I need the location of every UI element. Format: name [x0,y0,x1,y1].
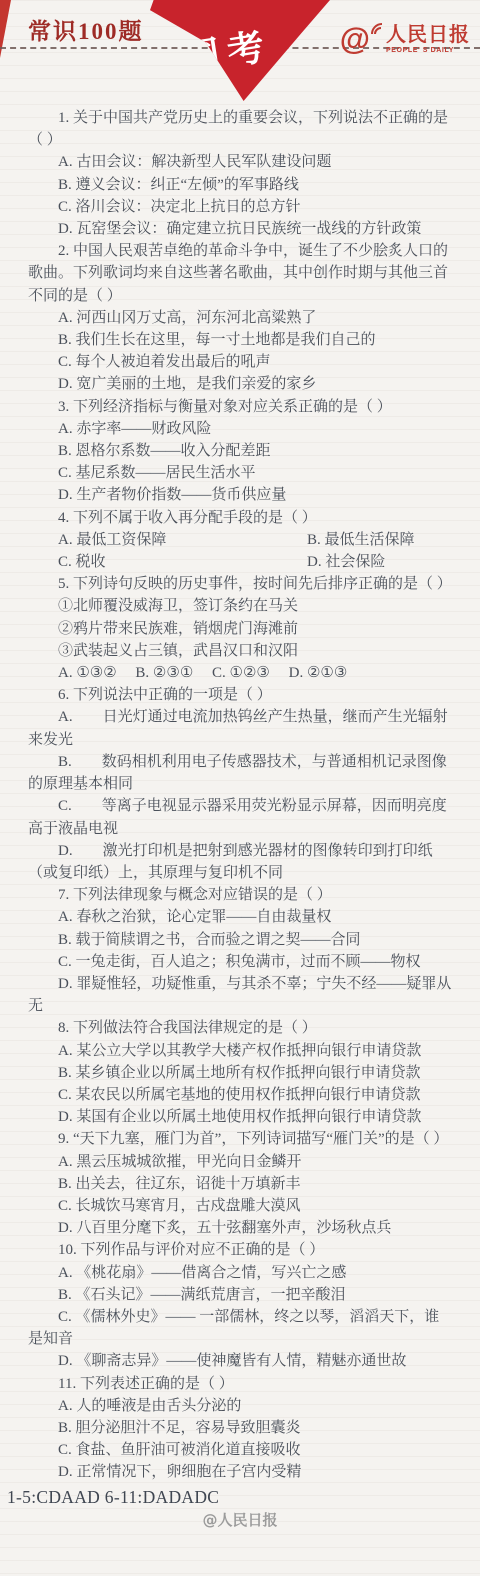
question-block: 5. 下列诗句反映的历史事件，按时间先后排序正确的是（ ）①北师覆没威海卫，签订… [28,573,452,684]
option-left: A. 最低工资保障 [58,529,307,551]
option-right: D. 社会保险 [307,551,452,573]
option-line: A. 春秋之治狱，论心定罪——自由裁量权 [28,906,452,928]
option-line: D. 宽广美丽的土地，是我们亲爱的家乡 [28,373,452,395]
question-stem: 6. 下列说法中正确的一项是（ ） [28,684,452,706]
quiz-sheet-page: 常识100题 国考 @ 人民日报 PEOPLE' S DAILY 1. 关于中国… [0,0,480,1576]
option-line: A. 河西山冈万丈高，河东河北高粱熟了 [28,307,452,329]
option-line: A. 某公立大学以其教学大楼产权作抵押向银行申请贷款 [28,1040,452,1062]
option-line: D. 八百里分麾下炙，五十弦翻塞外声，沙场秋点兵 [28,1217,452,1239]
option-left: C. 税收 [58,551,307,573]
option-line: C. 洛川会议：决定北上抗日的总方针 [28,196,452,218]
question-list: 1. 关于中国共产党历史上的重要会议，下列说法不正确的是（ ）A. 古田会议：解… [0,102,480,1484]
option-line: C. 等离子电视显示器采用荧光粉显示屏幕，因而明亮度高于液晶电视 [28,795,452,839]
clue-line: ①北师覆没威海卫，签订条约在马关 [28,595,452,617]
corner-ribbon-decoration [0,0,11,58]
question-stem: 5. 下列诗句反映的历史事件，按时间先后排序正确的是（ ） [28,573,452,595]
option-line: A. 黑云压城城欲摧，甲光向日金鳞开 [28,1151,452,1173]
option-line: C. 某农民以所属宅基地的使用权作抵押向银行申请贷款 [28,1084,452,1106]
question-stem: 9. “天下九塞，雁门为首”，下列诗词描写“雁门关”的是（ ） [28,1128,452,1150]
question-block: 6. 下列说法中正确的一项是（ ）A. 日光灯通过电流加热钨丝产生热量，继而产生… [28,684,452,884]
option-line: A. 人的唾液是由舌头分泌的 [28,1395,452,1417]
footer: 1-5:CDAAD 6-11:DADADC @人民日报 [0,1487,480,1530]
question-block: 10. 下列作品与评价对应不正确的是（ ）A. 《桃花扇》——借离合之情，写兴亡… [28,1239,452,1372]
question-block: 3. 下列经济指标与衡量对象对应关系正确的是（ ）A. 赤字率——财政风险B. … [28,396,452,507]
option-line: B. 出关去，往辽东，诏徙十万填新丰 [28,1173,452,1195]
banner-label: 国考 [178,15,275,82]
question-block: 9. “天下九塞，雁门为首”，下列诗词描写“雁门关”的是（ ）A. 黑云压城城欲… [28,1128,452,1239]
header: 常识100题 国考 @ 人民日报 PEOPLE' S DAILY [0,0,480,102]
option-line: C. 基尼系数——居民生活水平 [28,462,452,484]
question-stem: 1. 关于中国共产党历史上的重要会议，下列说法不正确的是（ ） [28,107,452,151]
question-stem: 11. 下列表述正确的是（ ） [28,1373,452,1395]
page-title: 常识100题 [28,13,144,46]
question-block: 4. 下列不属于收入再分配手段的是（ ）A. 最低工资保障B. 最低生活保障C.… [28,507,452,574]
option-pair: A. 最低工资保障B. 最低生活保障 [28,529,452,551]
option-line: B. 某乡镇企业以所属土地所有权作抵押向银行申请贷款 [28,1062,452,1084]
option-line: D. 《聊斋志异》——使神魔皆有人情，精魅亦通世故 [28,1350,452,1372]
option-line: C. 长城饮马寒宵月，古戍盘雕大漠风 [28,1195,452,1217]
question-stem: 10. 下列作品与评价对应不正确的是（ ） [28,1239,452,1261]
question-block: 1. 关于中国共产党历史上的重要会议，下列说法不正确的是（ ）A. 古田会议：解… [28,107,452,240]
option-line: C. 食盐、鱼肝油可被消化道直接吸收 [28,1439,452,1461]
question-block: 11. 下列表述正确的是（ ）A. 人的唾液是由舌头分泌的B. 胆分泌胆汁不足，… [28,1373,452,1484]
option-line: B. 载于简牍谓之书，合而验之谓之契——合同 [28,929,452,951]
question-block: 8. 下列做法符合我国法律规定的是（ ）A. 某公立大学以其教学大楼产权作抵押向… [28,1017,452,1128]
at-icon: @ [340,24,370,54]
option-line: B. 胆分泌胆汁不足，容易导致胆囊炎 [28,1417,452,1439]
signal-waves-icon [371,22,384,40]
option-line: D. 某国有企业以所属土地使用权作抵押向银行申请贷款 [28,1106,452,1128]
question-block: 2. 中国人民艰苦卓绝的革命斗争中，诞生了不少脍炙人口的歌曲。下列歌词均来自这些… [28,240,452,395]
option-line: B. 我们生长在这里，每一寸土地都是我们自己的 [28,329,452,351]
option-right: B. 最低生活保障 [307,529,452,551]
question-stem: 4. 下列不属于收入再分配手段的是（ ） [28,507,452,529]
clue-line: ②鸦片带来民族难，销烟虎门海滩前 [28,618,452,640]
option-line: B. 数码相机利用电子传感器技术，与普通相机记录图像的原理基本相同 [28,751,452,795]
option-line: D. 生产者物价指数——货币供应量 [28,484,452,506]
question-block: 7. 下列法律现象与概念对应错误的是（ ）A. 春秋之治狱，论心定罪——自由裁量… [28,884,452,1017]
option-line: D. 激光打印机是把射到感光器材的图像转印到打印纸（或复印纸）上，其原理与复印机… [28,840,452,884]
question-stem: 7. 下列法律现象与概念对应错误的是（ ） [28,884,452,906]
option-line: A. 日光灯通过电流加热钨丝产生热量，继而产生光辐射来发光 [28,706,452,750]
option-pair: C. 税收D. 社会保险 [28,551,452,573]
clue-line: ③武装起义占三镇，武昌汉口和汉阳 [28,640,452,662]
option-line: D. 正常情况下，卵细胞在子宫内受精 [28,1461,452,1483]
option-line: B. 遵义会议：纠正“左倾”的军事路线 [28,174,452,196]
option-line: C. 每个人被迫着发出最后的吼声 [28,351,452,373]
answer-key: 1-5:CDAAD 6-11:DADADC [7,1487,480,1508]
option-line: D. 罪疑惟轻，功疑惟重，与其杀不辜；宁失不经——疑罪从无 [28,973,452,1017]
question-stem: 2. 中国人民艰苦卓绝的革命斗争中，诞生了不少脍炙人口的歌曲。下列歌词均来自这些… [28,240,452,307]
option-line: B. 《石头记》——满纸荒唐言，一把辛酸泪 [28,1284,452,1306]
option-line: A. 赤字率——财政风险 [28,418,452,440]
option-line: C. 一兔走街，百人追之；积兔满市，过而不顾——物权 [28,951,452,973]
option-line: A. ①③② B. ②③① C. ①②③ D. ②①③ [28,662,452,684]
option-line: A. 古田会议：解决新型人民军队建设问题 [28,151,452,173]
option-line: C. 《儒林外史》—— 一部儒林，终之以琴，滔滔天下，谁是知音 [28,1306,452,1350]
question-stem: 8. 下列做法符合我国法律规定的是（ ） [28,1017,452,1039]
watermark: @人民日报 [0,1509,480,1530]
logo-text: 人民日报 PEOPLE' S DAILY [386,25,470,54]
question-stem: 3. 下列经济指标与衡量对象对应关系正确的是（ ） [28,396,452,418]
option-line: B. 恩格尔系数——收入分配差距 [28,440,452,462]
logo-name: 人民日报 [386,25,470,45]
exam-banner-ribbon: 国考 [150,0,330,101]
logo-subtitle: PEOPLE' S DAILY [386,47,470,54]
option-line: D. 瓦窑堡会议：确定建立抗日民族统一战线的方针政策 [28,218,452,240]
option-line: A. 《桃花扇》——借离合之情，写兴亡之感 [28,1262,452,1284]
peoples-daily-logo: @ 人民日报 PEOPLE' S DAILY [340,24,470,54]
